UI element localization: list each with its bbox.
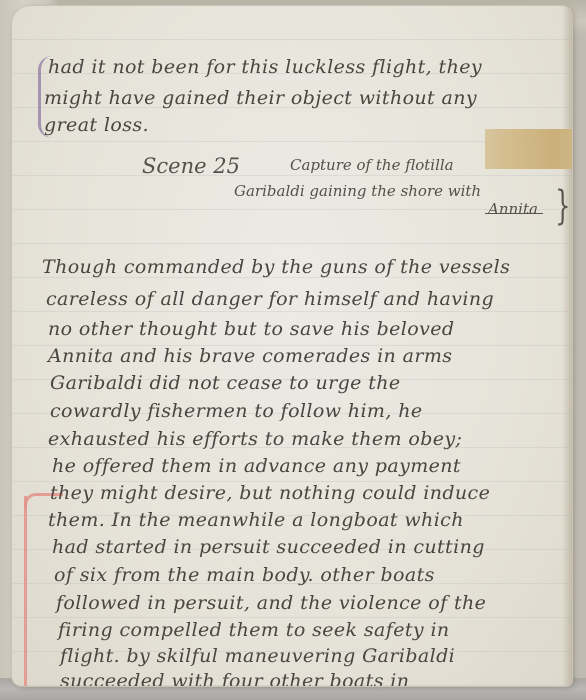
adhesive-tape-strip bbox=[485, 129, 572, 169]
scene-title-line-2: Garibaldi gaining the shore with bbox=[234, 184, 481, 199]
body-line-11: had started in persuit succeeded in cutt… bbox=[52, 538, 485, 557]
body-line-5: Garibaldi did not cease to urge the bbox=[50, 374, 401, 393]
body-line-2: careless of all danger for himself and h… bbox=[46, 290, 494, 309]
body-line-3: no other thought but to save his beloved bbox=[48, 320, 454, 339]
body-line-8: he offered them in advance any payment bbox=[52, 457, 461, 476]
body-line-1: Though commanded by the guns of the vess… bbox=[42, 258, 510, 277]
top-paragraph-line-2: might have gained their object without a… bbox=[44, 89, 477, 108]
page-edge-shadow bbox=[562, 6, 572, 686]
scene-title-line-1: Capture of the flotilla bbox=[290, 158, 454, 173]
manuscript-page: had it not been for this luckless flight… bbox=[12, 6, 572, 686]
body-line-16: succeeded with four other boats in bbox=[60, 672, 409, 686]
heading-underline bbox=[485, 213, 543, 214]
body-line-6: cowardly fishermen to follow him, he bbox=[50, 402, 423, 421]
body-line-14: firing compelled them to seek safety in bbox=[58, 621, 450, 640]
body-line-15: flight. by skilful maneuvering Garibaldi bbox=[60, 647, 455, 666]
scene-title-line-3: Annita bbox=[488, 202, 538, 217]
body-line-4: Annita and his brave comerades in arms bbox=[48, 347, 452, 366]
top-paragraph-line-1: had it not been for this luckless flight… bbox=[48, 58, 482, 77]
scene-number: Scene 25 bbox=[142, 156, 240, 177]
closing-brace: } bbox=[555, 186, 570, 226]
body-line-12: of six from the main body. other boats bbox=[54, 566, 435, 585]
body-line-9: they might desire, but nothing could ind… bbox=[50, 484, 490, 503]
body-line-13: followed in persuit, and the violence of… bbox=[56, 594, 486, 613]
body-line-10: them. In the meanwhile a longboat which bbox=[48, 511, 464, 530]
red-margin-line bbox=[24, 496, 27, 686]
body-line-7: exhausted his efforts to make them obey; bbox=[48, 430, 462, 449]
top-paragraph-line-3: great loss. bbox=[44, 116, 149, 135]
